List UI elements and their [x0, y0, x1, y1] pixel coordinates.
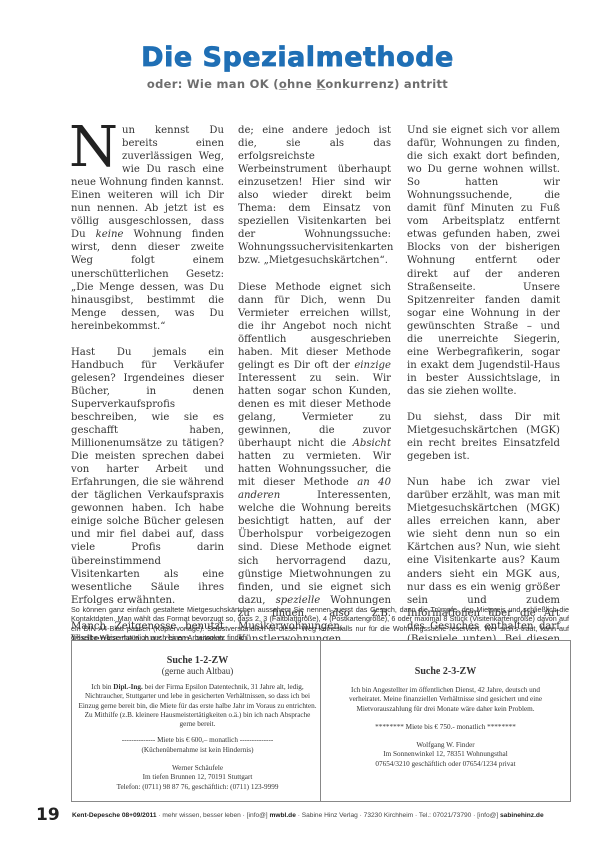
card-heading: Suche 2-3-ZW — [321, 666, 570, 677]
card-phone: 07654/3210 geschäftlich oder 07654/1234 … — [321, 760, 570, 769]
website-link[interactable]: sabinehinz.de — [500, 812, 544, 819]
card-address: Im Sonnenwinkel 12, 78351 Wohnungsthal — [321, 750, 570, 759]
article-column-3: Und sie eignet sich vor allem dafür, Woh… — [407, 124, 560, 672]
card-note: (Küchenübernahme ist kein Hindernis) — [72, 746, 323, 755]
drop-cap: N — [69, 124, 118, 170]
footer-line: Kent-Depesche 08+09/2011 · mehr wissen, … — [72, 812, 544, 819]
card-heading: Suche 1-2-ZW — [72, 655, 323, 666]
article-column-2: de; eine andere jedoch ist die, sie als … — [238, 124, 391, 685]
paragraph: Hast Du jemals ein Handbuch für Verkäufe… — [71, 346, 224, 607]
card-subheading: (gerne auch Altbau) — [72, 666, 323, 676]
card-rent: ******** Miete bis € 750.- monatlich ***… — [321, 723, 570, 732]
card-phone: Telefon: (0711) 98 87 76, geschäftlich: … — [72, 783, 323, 792]
paragraph: Und sie eignet sich vor allem dafür, Woh… — [407, 124, 560, 398]
card-rent: -------------- Miete bis € 600,– monatli… — [72, 736, 323, 745]
page-number: 19 — [36, 805, 60, 825]
website-link[interactable]: mwbl.de — [269, 812, 295, 819]
example-card-2: Suche 2-3-ZW Ich bin Angestellter im öff… — [320, 640, 571, 802]
paragraph: Nun kennst Du bereits einen zuverlässige… — [71, 124, 224, 333]
figure-caption: So können ganz einfach gestaltete Mietge… — [71, 605, 569, 642]
page-title: Die Spezialmethode — [0, 42, 595, 73]
card-intro: Ich bin Angestellter im öffentlichen Die… — [337, 686, 554, 714]
card-name: Werner Schäufele — [72, 764, 323, 773]
paragraph: de; eine andere jedoch ist die, sie als … — [238, 124, 391, 268]
card-intro: Ich bin Dipl.-Ing. bei der Firma Epsilon… — [76, 683, 319, 729]
card-address: Im tiefen Brunnen 12, 70191 Stuttgart — [72, 773, 323, 782]
page-subtitle: oder: Wie man OK (ohne Konkurrenz) antri… — [0, 77, 595, 91]
card-name: Wolfgang W. Finder — [321, 741, 570, 750]
example-card-1: Suche 1-2-ZW (gerne auch Altbau) Ich bin… — [71, 640, 324, 802]
paragraph: Du siehst, dass Dir mit Mietgesuchskärtc… — [407, 411, 560, 463]
